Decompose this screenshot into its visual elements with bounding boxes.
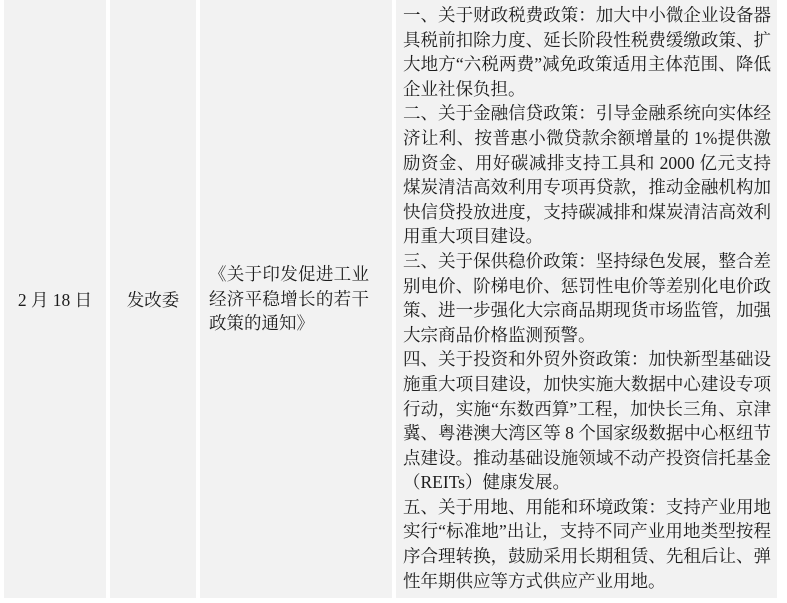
table-cell-date: 2 月 18 日: [4, 0, 106, 598]
agency-text: 发改委: [127, 287, 180, 312]
table-cell-agency: 发改委: [110, 0, 196, 598]
document-title-text: 《关于印发促进工业经济平稳增长的若干政策的通知》: [209, 262, 369, 336]
date-text: 2 月 18 日: [18, 287, 92, 312]
table-cell-title: 《关于印发促进工业经济平稳增长的若干政策的通知》: [200, 0, 392, 598]
policy-item-3: 三、关于保供稳价政策：坚持绿色发展，整合差别电价、阶梯电价、惩罚性电价等差别化电…: [403, 249, 771, 347]
document-page: 2 月 18 日 发改委 《关于印发促进工业经济平稳增长的若干政策的通知》 一、…: [0, 0, 787, 603]
policy-item-2: 二、关于金融信贷政策：引导金融系统向实体经济让利、按普惠小微贷款余额增量的 1%…: [403, 101, 771, 249]
policy-table: 2 月 18 日 发改委 《关于印发促进工业经济平稳增长的若干政策的通知》 一、…: [4, 0, 777, 598]
table-cell-policies: 一、关于财政税费政策：加大中小微企业设备器具税前扣除力度、延长阶段性税费缓缴政策…: [396, 0, 777, 598]
policy-item-5: 五、关于用地、用能和环境政策：支持产业用地实行“标准地”出让，支持不同产业用地类…: [403, 495, 771, 593]
policy-item-4: 四、关于投资和外贸外资政策：加快新型基础设施重大项目建设，加快实施大数据中心建设…: [403, 347, 771, 495]
policy-item-1: 一、关于财政税费政策：加大中小微企业设备器具税前扣除力度、延长阶段性税费缓缴政策…: [403, 3, 771, 101]
